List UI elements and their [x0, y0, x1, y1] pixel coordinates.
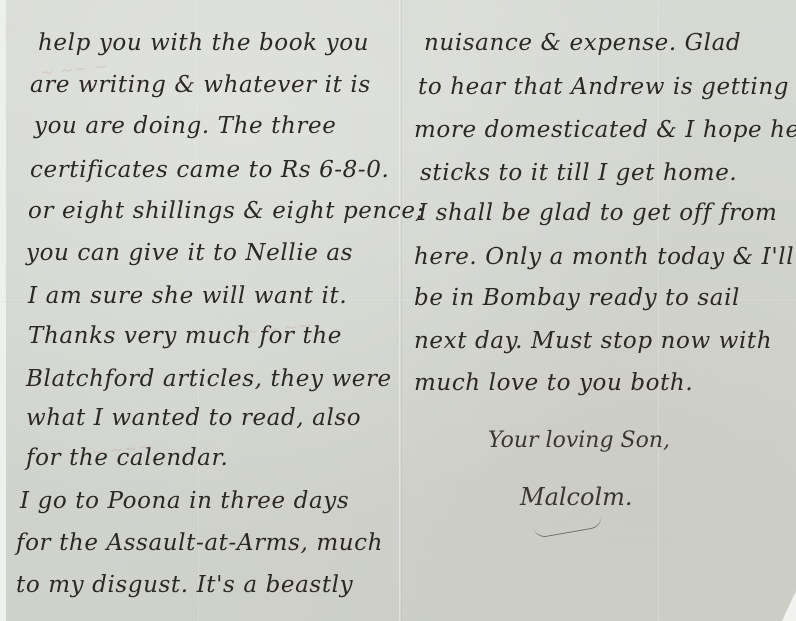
- letter-line: next day. Must stop now with: [414, 328, 772, 354]
- center-fold-line: [399, 0, 402, 621]
- letter-line: Blatchford articles, they were: [26, 366, 392, 392]
- letter-line: you are doing. The three: [34, 113, 336, 139]
- letter-line: or eight shillings & eight pence;: [28, 198, 424, 224]
- letter-line: you can give it to Nellie as: [26, 240, 353, 266]
- paper-corner: [782, 591, 796, 621]
- letter-line: much love to you both.: [414, 370, 693, 396]
- letter-line: I go to Poona in three days: [20, 488, 349, 514]
- letter-line: are writing & whatever it is: [30, 72, 371, 98]
- letter-page: ~ ~~ ~ ~~ ~ ~~ ~ ~~~ help you with the b…: [0, 0, 796, 621]
- paper-edge: [0, 0, 6, 621]
- letter-line: sticks to it till I get home.: [420, 160, 737, 186]
- letter-line: for the Assault-at-Arms, much: [16, 530, 383, 556]
- letter-line: for the calendar.: [26, 445, 228, 471]
- letter-closing: Your loving Son,: [488, 428, 670, 453]
- letter-line: to my disgust. It's a beastly: [16, 572, 353, 598]
- letter-line: certificates came to Rs 6-8-0.: [30, 157, 389, 183]
- letter-line: I shall be glad to get off from: [418, 200, 777, 226]
- letter-line: what I wanted to read, also: [26, 405, 361, 431]
- letter-line: be in Bombay ready to sail: [414, 285, 740, 311]
- letter-line: I am sure she will want it.: [28, 283, 347, 309]
- letter-line: nuisance & expense. Glad: [424, 30, 741, 56]
- signature-flourish: [532, 514, 603, 539]
- letter-line: to hear that Andrew is getting: [418, 74, 789, 100]
- letter-signature: Malcolm.: [520, 483, 633, 511]
- letter-line: help you with the book you: [38, 30, 369, 56]
- letter-line: more domesticated & I hope he: [414, 117, 796, 143]
- letter-line: Thanks very much for the: [28, 323, 342, 349]
- letter-line: here. Only a month today & I'll: [414, 244, 794, 270]
